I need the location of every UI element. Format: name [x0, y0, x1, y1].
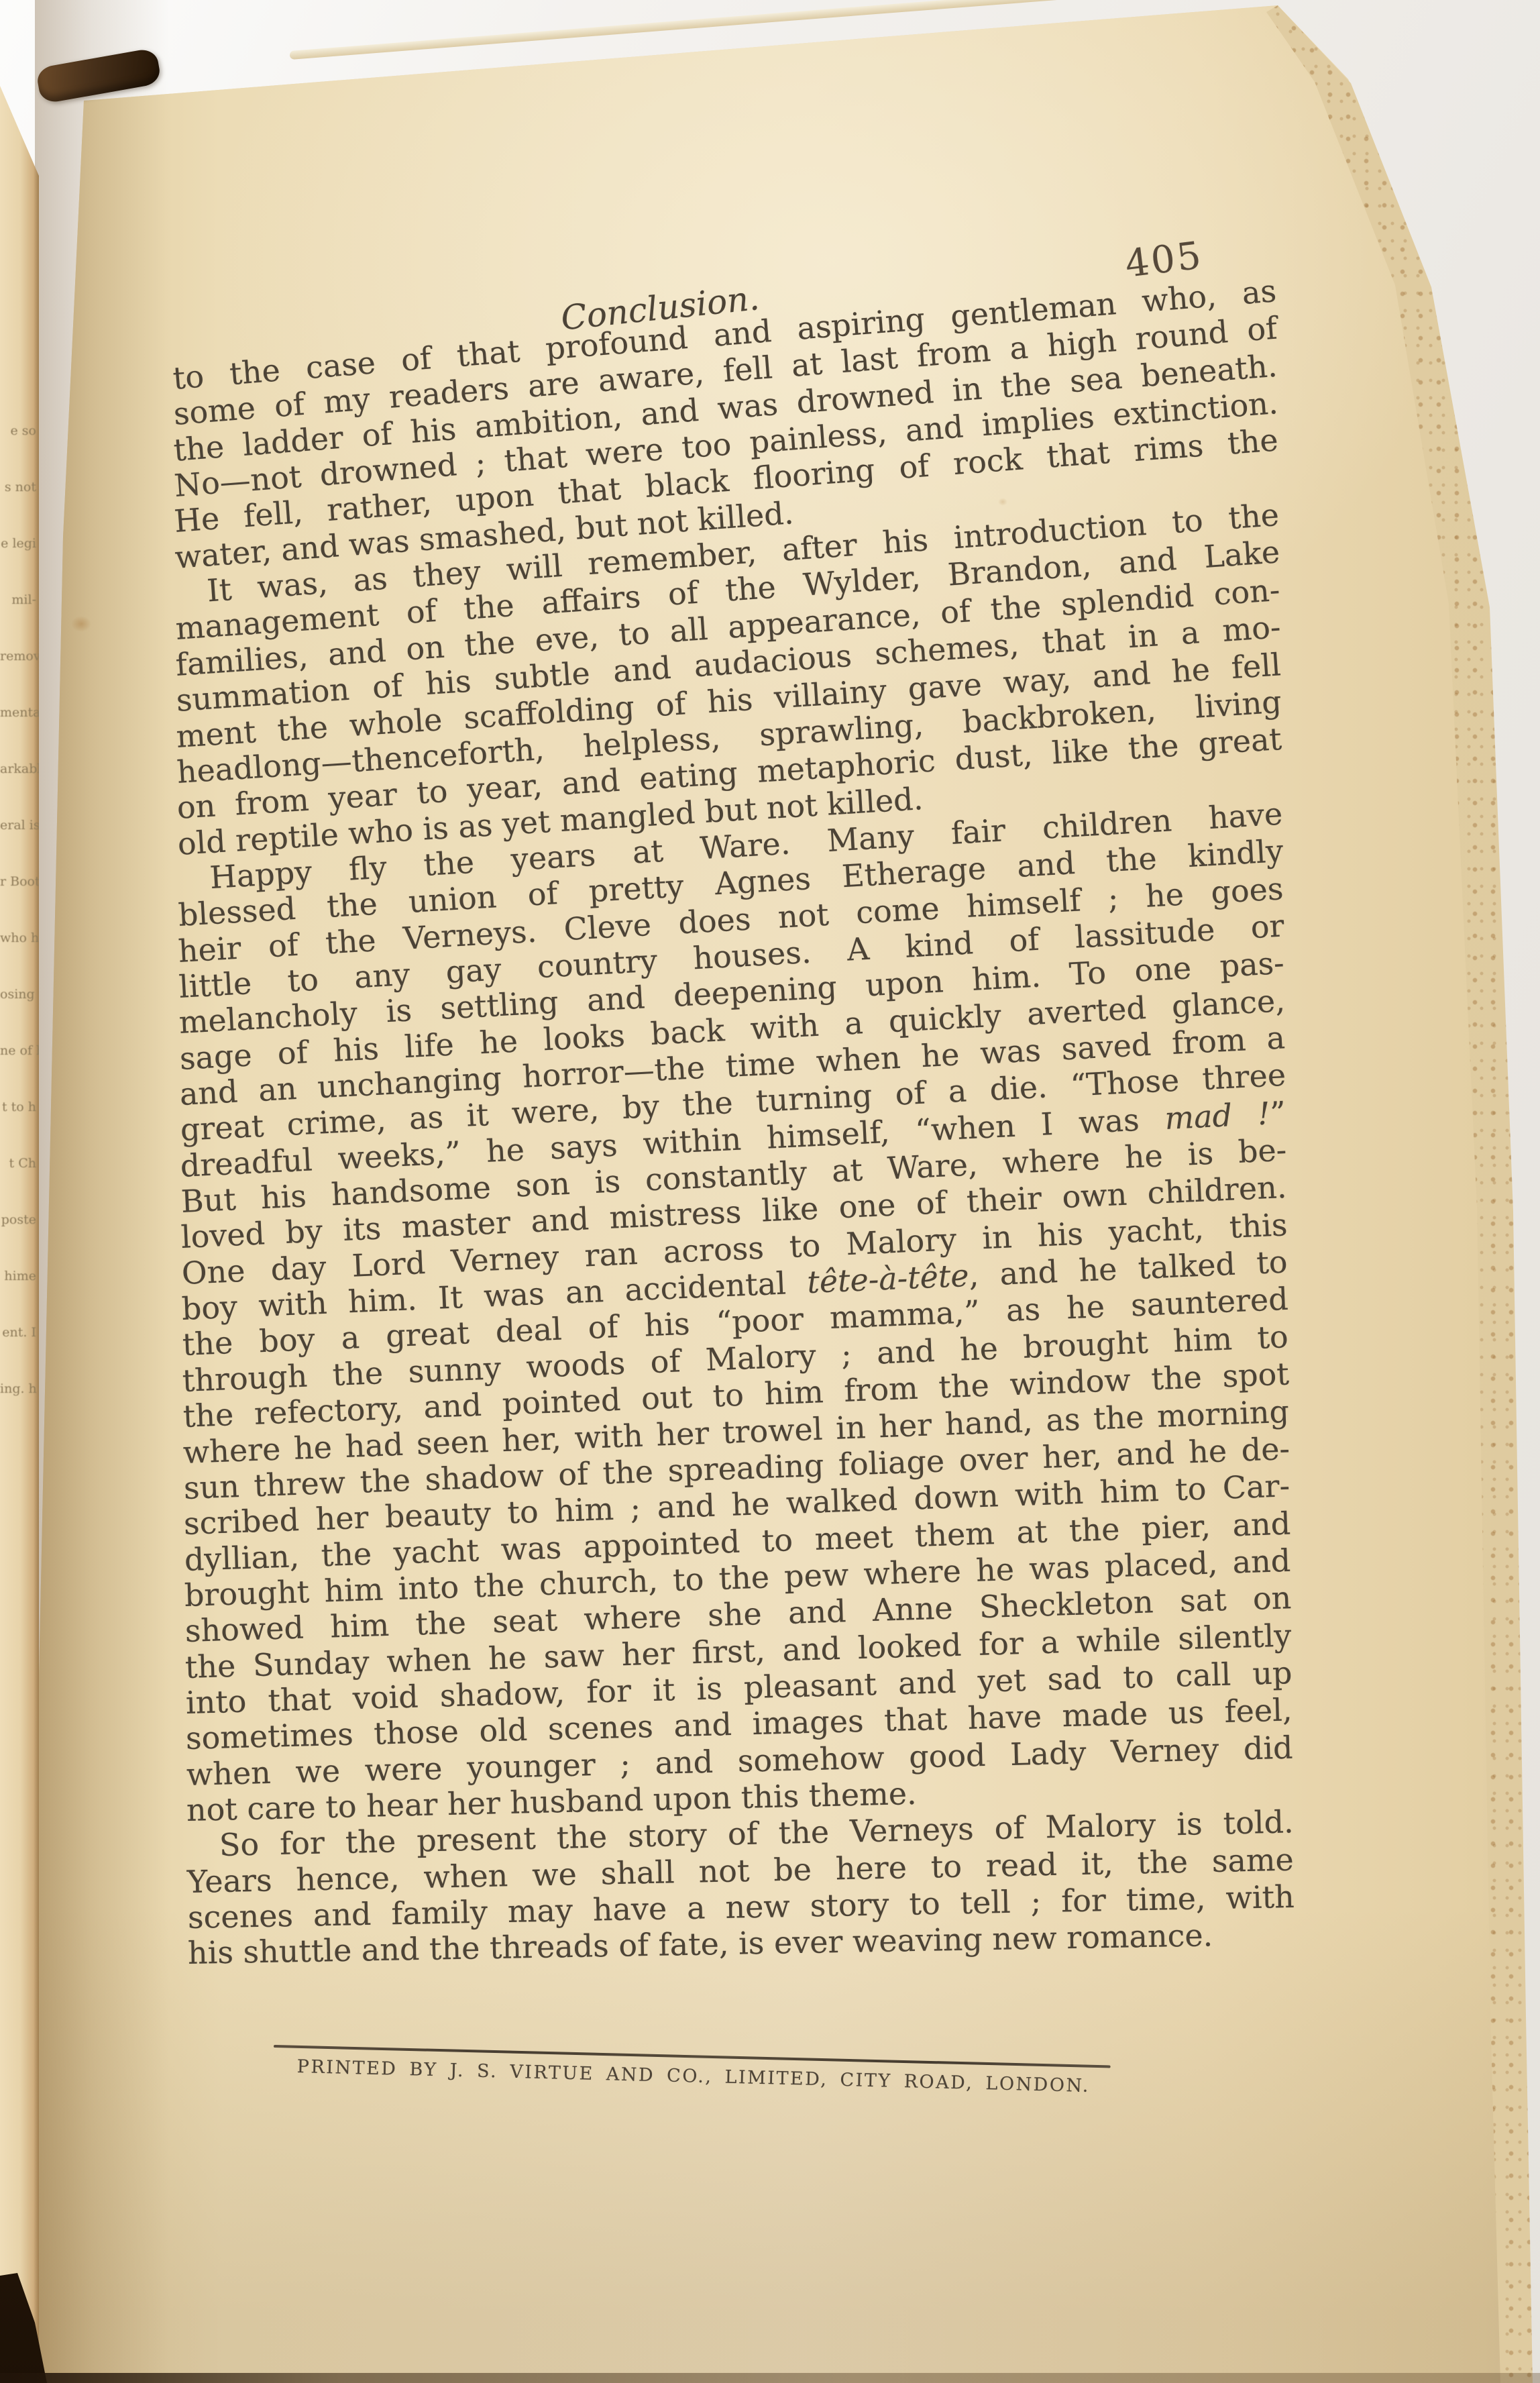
book-photo-scene: { "page": { "heading": "Conclusion.", "n…: [0, 0, 1540, 2383]
body-text-layer: to the case of that profound and aspirin…: [0, 0, 1540, 2383]
